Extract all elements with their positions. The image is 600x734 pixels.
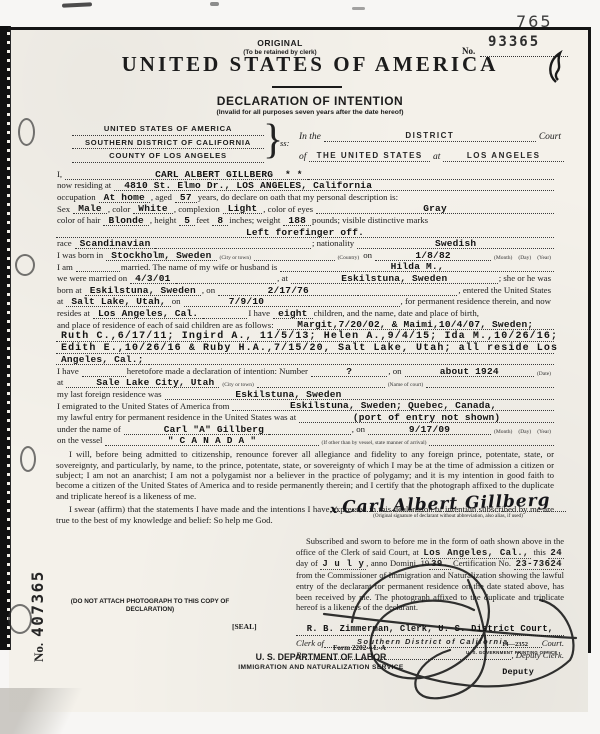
- signature-mark: x: [330, 502, 339, 516]
- form-sub-label: (Date): [534, 371, 554, 377]
- notary-typed-value: Los Angeles, Cal.,: [421, 548, 530, 559]
- form-fill: Eskilstuna, Sweden: [291, 272, 498, 284]
- form-printed-label: ; she or he was: [498, 274, 554, 284]
- form-lines: I,CARL ALBERT GILLBERG * *now residing a…: [56, 168, 554, 446]
- form-line: Left forefinger off.: [56, 226, 554, 238]
- typed-value: Los Angeles, Cal.: [98, 308, 198, 319]
- form-fill: 188: [283, 214, 311, 226]
- form-printed-label: I emigrated to the United States of Amer…: [56, 402, 232, 412]
- gpo-line: U. S. GOVERNMENT PRINTING OFFICE: [466, 650, 558, 655]
- form-printed-label: occupation: [56, 193, 99, 203]
- typed-value: 57: [180, 192, 192, 203]
- form-printed-label: color of hair: [56, 216, 103, 226]
- form-line: my last foreign residence wasEskilstuna,…: [56, 388, 554, 400]
- form-fill: about 1924: [405, 365, 534, 377]
- form-fill: 2/17/76: [218, 284, 358, 296]
- form-fill: At home: [99, 191, 150, 203]
- title-divider: [272, 86, 342, 88]
- typed-value: 4810 St. Elmo Dr., LOS ANGELES, Californ…: [124, 180, 372, 191]
- notary-paragraph: Subscribed and sworn to before me in the…: [296, 536, 564, 613]
- page-title: UNITED STATES OF AMERICA: [60, 52, 560, 77]
- hole-punch-icon: [8, 604, 32, 634]
- form-fill: (port of entry not shown): [299, 411, 554, 423]
- form-printed-label: we were married on: [56, 274, 130, 284]
- typed-value: about 1924: [440, 366, 499, 377]
- print-code: 14—2352: [502, 641, 528, 648]
- form-printed-label: my lawful entry for permanent residence …: [56, 413, 299, 423]
- form-fill: Gray: [316, 202, 554, 214]
- dotted-line: [203, 318, 247, 319]
- form-fill: Hilda M.,: [280, 260, 554, 272]
- scan-edge-left: [0, 26, 11, 650]
- venue-line-3: COUNTY OF LOS ANGELES: [72, 149, 264, 163]
- form-fill: 4/3/01: [130, 272, 175, 284]
- form-fill: Carl "A" Gillberg: [124, 423, 269, 435]
- form-printed-label: married. The name of my wife or husband …: [120, 263, 280, 273]
- typed-value: (port of entry not shown): [353, 412, 501, 423]
- typed-value: ?: [346, 366, 352, 377]
- form-printed-label: , on: [387, 367, 404, 377]
- united-states-stamp: THE UNITED STATES: [317, 151, 423, 160]
- form-line: raceScandinavian; nationalitySwedish: [56, 238, 554, 250]
- form-fill: 9/17/09: [368, 423, 491, 435]
- notary-printed-text: from the Commissioner of Immigration and…: [296, 570, 564, 612]
- scan-edge-right: [588, 27, 591, 653]
- form-line: SexMale, colorWhite, complexionLight, co…: [56, 203, 554, 215]
- form-fill: Ruth C.,6/17/11; Ingird A., 11/5/13; Hel…: [56, 330, 554, 342]
- venue-block: UNITED STATES OF AMERICA SOUTHERN DISTRI…: [72, 122, 264, 163]
- dotted-line: [429, 445, 554, 446]
- form-fill: CARL ALBERT GILLBERG * *: [65, 168, 308, 180]
- form-sub-label: (Month): [491, 429, 515, 435]
- form-printed-label: I am: [56, 263, 76, 273]
- form-printed-label: race: [56, 239, 75, 249]
- scan-smudge: [352, 7, 365, 10]
- place-stamp: LOS ANGELES: [467, 151, 541, 160]
- form-printed-label: under the name of: [56, 425, 124, 435]
- court-label: Court: [536, 132, 564, 142]
- typed-value: Eskilstuna, Sweden; Quebec, Canada,: [290, 400, 497, 411]
- form-printed-label: at: [56, 297, 66, 307]
- typed-value: Salt Lake, Utah,: [71, 296, 165, 307]
- form-printed-label: born at: [56, 286, 85, 296]
- clerk-typed-line: R. B. Zimmerman, Clerk, U. S. District C…: [296, 617, 564, 636]
- notary-typed-value: 39.: [429, 559, 450, 570]
- typed-value: 1/8/82: [415, 250, 450, 261]
- form-printed-label: I was born in: [56, 251, 106, 261]
- typed-value: Eskilstuna, Sweden: [90, 285, 196, 296]
- form-fill: Stockholm, Sweden: [106, 249, 216, 261]
- notary-printed-text: day of: [296, 558, 320, 568]
- court-fill: DISTRICT: [324, 132, 536, 142]
- court-fill: THE UNITED STATES: [309, 152, 430, 162]
- deputy-stamp: Deputy: [502, 667, 534, 677]
- form-fill: 4810 St. Elmo Dr., LOS ANGELES, Californ…: [114, 179, 377, 191]
- form-printed-label: feet: [195, 216, 212, 226]
- in-the-label: In the: [296, 132, 324, 142]
- hole-punch-icon: [20, 446, 36, 472]
- page-corner-number: 765: [516, 12, 553, 31]
- form-line: Edith E.,10/26/16 & Ruby H.A.,7/15/20, S…: [56, 342, 554, 354]
- form-printed-label: on the vessel: [56, 436, 105, 446]
- form-printed-label: on: [171, 297, 184, 307]
- form-fill: " C A N A D A ": [105, 434, 318, 446]
- typed-value: CARL ALBERT GILLBERG * *: [155, 169, 303, 180]
- typed-value: 4/3/01: [135, 273, 170, 284]
- notary-printed-text: Certification No.: [451, 558, 514, 568]
- scan-edge-top: [8, 27, 590, 30]
- form-printed-label: , on: [351, 425, 368, 435]
- form-fill: Sale Lake City, Utah: [66, 376, 219, 388]
- form-printed-label: , color: [107, 205, 133, 215]
- form-printed-label: heretofore made a declaration of intenti…: [126, 367, 311, 377]
- form-sub-label: (Year): [534, 429, 554, 435]
- district-stamp: DISTRICT: [405, 131, 454, 140]
- typed-value: Stockholm, Sweden: [111, 250, 211, 261]
- form-printed-label: I,: [56, 170, 65, 180]
- notary-printed-text: this: [531, 547, 549, 557]
- form-printed-label: , at: [276, 274, 291, 284]
- form-printed-label: , height: [149, 216, 179, 226]
- typed-value: White: [138, 203, 168, 214]
- form-printed-label: , entered the United States: [457, 286, 554, 296]
- form-sub-label: (Day): [515, 429, 534, 435]
- form-fill: Margit,7/20/02, & Maimi,10/4/07, Sweden;: [277, 318, 554, 330]
- form-fill: 7/9/10: [184, 295, 310, 307]
- form-printed-label: children, and the name, date and place o…: [313, 309, 482, 319]
- form-printed-label: and place of residence of each of said c…: [56, 321, 277, 331]
- department-title: U. S. DEPARTMENT OF LABOR: [226, 652, 416, 662]
- form-fill: Angeles, Cal.;: [56, 353, 149, 365]
- form-fill: 8: [212, 214, 228, 226]
- court-row-1: In the DISTRICT Court: [296, 122, 564, 142]
- form-printed-label: ; nationality: [311, 239, 357, 249]
- typed-value: Scandinavian: [80, 238, 151, 249]
- court-name-block: In the DISTRICT Court of THE UNITED STAT…: [296, 122, 564, 162]
- venue-line-2: SOUTHERN DISTRICT OF CALIFORNIA: [72, 136, 264, 150]
- declarant-signature-block: xCarl Albert Gillberg (Original signatur…: [330, 494, 566, 519]
- typed-value: Eskilstuna, Sweden: [341, 273, 447, 284]
- form-fill: Blonde: [103, 214, 148, 226]
- form-line: I,CARL ALBERT GILLBERG * *: [56, 168, 554, 180]
- original-label: ORIGINAL: [232, 38, 328, 48]
- typed-value: 7/9/10: [229, 296, 264, 307]
- form-fill: Eskilstuna, Sweden: [85, 284, 201, 296]
- form-line: born atEskilstuna, Sweden, on2/17/76, en…: [56, 284, 554, 296]
- form-printed-label: now residing at: [56, 181, 114, 191]
- form-printed-label: I have: [56, 367, 82, 377]
- form-fill: 57: [175, 191, 197, 203]
- form-fill: Scandinavian: [75, 237, 156, 249]
- of-label: of: [296, 152, 309, 162]
- form-line: I was born inStockholm, Sweden(City or t…: [56, 249, 554, 261]
- typed-value: " C A N A D A ": [168, 435, 257, 446]
- form-number: Form 2202—L-A: [333, 644, 386, 652]
- hole-punch-icon: [18, 118, 35, 146]
- typed-value: Eskilstuna, Sweden: [235, 389, 341, 400]
- vertical-stamp-digits: 407365: [28, 570, 47, 637]
- scanned-document: 765 No. 93365 ORIGINAL (To be retained b…: [0, 0, 600, 734]
- form-line: atSalt Lake, Utah,on7/9/10, for permanen…: [56, 296, 554, 308]
- form-line: resides atLos Angeles, Cal.I haveeightch…: [56, 307, 554, 319]
- form-line: I haveheretofore made a declaration of i…: [56, 365, 554, 377]
- typed-value: Sale Lake City, Utah: [96, 377, 214, 388]
- form-title: DECLARATION OF INTENTION: [60, 94, 560, 108]
- document-number-value: 93365: [488, 34, 540, 50]
- form-fill: ?: [311, 365, 387, 377]
- typed-value: Male: [78, 203, 102, 214]
- typed-value: Ruth C.,6/17/11; Ingird A., 11/5/13; Hel…: [61, 331, 558, 342]
- dotted-line: [309, 306, 399, 307]
- scan-smudge: [62, 2, 92, 8]
- hole-punch-icon: [15, 254, 35, 276]
- form-printed-label: years, do declare on oath that my person…: [197, 193, 401, 203]
- typed-value: 5: [184, 215, 190, 226]
- typed-value: Blonde: [108, 215, 143, 226]
- form-fill: Eskilstuna, Sweden: [165, 388, 413, 400]
- form-line: Angeles, Cal.;: [56, 354, 554, 366]
- form-fill: Salt Lake, Utah,: [66, 295, 170, 307]
- at-label: at: [430, 152, 443, 162]
- form-line: atSale Lake City, Utah(City or town)(Nam…: [56, 377, 554, 389]
- form-line: we were married on4/3/01, atEskilstuna, …: [56, 272, 554, 284]
- typed-value: Light: [228, 203, 258, 214]
- typed-value: Left forefinger off.: [246, 227, 364, 238]
- form-printed-label: , complexion: [173, 205, 223, 215]
- form-line: occupationAt home, aged57years, do decla…: [56, 191, 554, 203]
- form-sub-label: (If other than by vessel, state manner o…: [319, 440, 430, 446]
- notary-typed-value: 24: [548, 548, 564, 559]
- form-fill: 1/8/82: [375, 249, 491, 261]
- form-line: Ruth C.,6/17/11; Ingird A., 11/5/13; Hel…: [56, 330, 554, 342]
- typed-value: Swedish: [435, 238, 476, 249]
- form-fill: Male: [73, 202, 107, 214]
- form-fill: White: [133, 202, 173, 214]
- form-line: my lawful entry for permanent residence …: [56, 411, 554, 423]
- notary-typed-value: J u l y: [320, 559, 366, 570]
- form-fill: 5: [179, 214, 195, 226]
- form-line: I ammarried. The name of my wife or husb…: [56, 261, 554, 273]
- vertical-stamp-label: No.: [31, 643, 46, 662]
- form-fill: Light: [223, 202, 263, 214]
- form-fill: eight: [273, 307, 313, 319]
- scan-smudge: [210, 2, 219, 6]
- typed-value: Gray: [423, 203, 447, 214]
- typed-value: At home: [104, 192, 145, 203]
- form-printed-label: resides at: [56, 309, 93, 319]
- form-printed-label: , on: [201, 286, 218, 296]
- form-printed-label: , for permanent residence therein, and n…: [400, 297, 554, 307]
- typed-value: Edith E.,10/26/16 & Ruby H.A.,7/15/20, S…: [61, 343, 558, 354]
- form-printed-label: pounds; visible distinctive marks: [311, 216, 431, 226]
- form-line: and place of residence of each of said c…: [56, 319, 554, 331]
- typed-value: 2/17/76: [268, 285, 309, 296]
- form-printed-label: , aged: [150, 193, 175, 203]
- form-printed-label: at: [56, 378, 66, 388]
- notary-typed-value: 23-73624: [514, 559, 564, 570]
- validity-note: (Invalid for all purposes seven years af…: [60, 109, 560, 116]
- form-printed-label: I have: [247, 309, 273, 319]
- typed-value: 8: [217, 215, 223, 226]
- form-printed-label: inches; weight: [228, 216, 283, 226]
- form-fill: Edith E.,10/26/16 & Ruby H.A.,7/15/20, S…: [56, 342, 554, 354]
- typed-value: Margit,7/20/02, & Maimi,10/4/07, Sweden;: [297, 319, 533, 330]
- venue-line-1: UNITED STATES OF AMERICA: [72, 122, 264, 136]
- form-printed-label: Sex: [56, 205, 73, 215]
- form-line: now residing at4810 St. Elmo Dr., LOS AN…: [56, 180, 554, 192]
- court-fill: LOS ANGELES: [443, 152, 564, 162]
- form-sub-label: (City or town): [217, 255, 254, 261]
- dotted-line: [377, 190, 554, 191]
- typed-value: Angeles, Cal.;: [61, 354, 144, 365]
- form-printed-label: my last foreign residence was: [56, 390, 165, 400]
- form-line: I emigrated to the United States of Amer…: [56, 400, 554, 412]
- court-row-2: of THE UNITED STATES at LOS ANGELES: [296, 142, 564, 162]
- ss-label: ss:: [280, 138, 289, 148]
- form-line: on the vessel" C A N A D A "(If other th…: [56, 435, 554, 447]
- photo-note: (DO NOT ATTACH PHOTOGRAPH TO THIS COPY O…: [70, 598, 230, 613]
- typed-value: 9/17/09: [409, 424, 450, 435]
- notary-printed-text: , anno Domini, 19: [366, 558, 429, 568]
- clerk-court-word: Court.: [542, 638, 564, 648]
- form-printed-label: , color of eyes: [262, 205, 316, 215]
- typed-value: 188: [288, 215, 306, 226]
- seal-label: [SEAL]: [232, 622, 257, 631]
- typed-value: Hilda M.,: [391, 261, 444, 272]
- clerk-of-label: Clerk of: [296, 638, 324, 648]
- form-printed-label: on: [362, 251, 375, 261]
- dotted-line: [426, 387, 554, 388]
- clerk-name-stamp: R. B. Zimmerman, Clerk, U. S. District C…: [307, 624, 554, 634]
- service-title: IMMIGRATION AND NATURALIZATION SERVICE: [216, 664, 426, 671]
- form-body: I,CARL ALBERT GILLBERG * *now residing a…: [56, 168, 554, 525]
- form-fill: Left forefinger off.: [56, 226, 554, 238]
- form-fill: Los Angeles, Cal.: [93, 307, 203, 319]
- form-fill: Eskilstuna, Sweden; Quebec, Canada,: [232, 399, 554, 411]
- typed-value: eight: [278, 308, 308, 319]
- form-fill: Swedish: [357, 237, 554, 249]
- torn-corner: [0, 688, 90, 734]
- form-line: under the name ofCarl "A" Gillberg, on9/…: [56, 423, 554, 435]
- form-line: color of hairBlonde, height5feet8inches;…: [56, 214, 554, 226]
- typed-value: Carl "A" Gillberg: [164, 424, 264, 435]
